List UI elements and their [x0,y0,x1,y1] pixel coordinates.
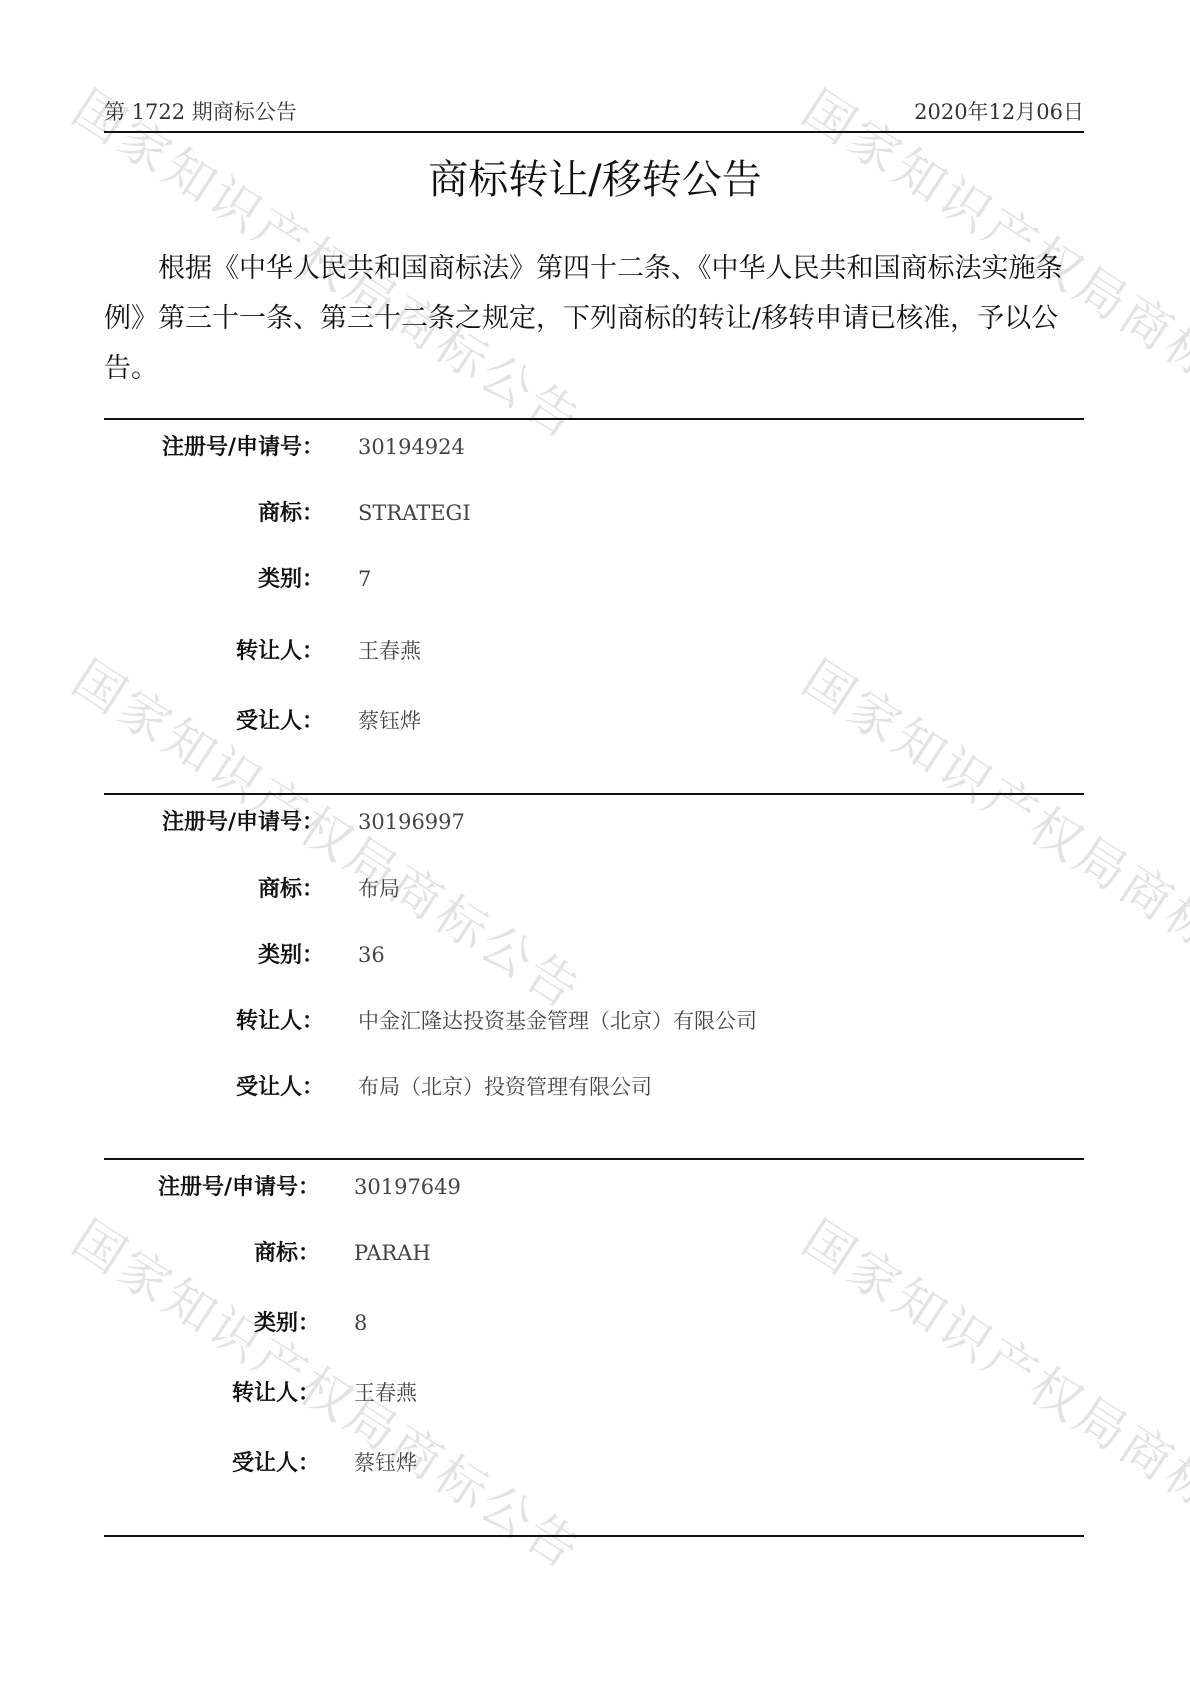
value-transferee: 蔡钰烨 [358,705,421,735]
watermark: 国家知识产权局商标公告 [791,640,1190,1024]
label-reg-no: 注册号/申请号： [104,430,324,461]
field-transferor: 转让人： 中金汇隆达投资基金管理（北京）有限公司 [104,1004,757,1035]
value-transferor: 王春燕 [354,1377,417,1407]
field-mark: 商标： STRATEGI [104,496,471,527]
value-mark: PARAH [354,1241,431,1265]
record-divider [104,793,1084,795]
value-transferee: 布局（北京）投资管理有限公司 [358,1071,652,1101]
field-mark: 商标： 布局 [104,872,400,903]
field-reg-no: 注册号/申请号： 30194924 [104,430,465,461]
field-class: 类别： 36 [104,938,385,969]
page-header: 第 1722 期商标公告 2020年12月06日 [104,96,1084,126]
record-divider [104,1158,1084,1160]
label-mark: 商标： [100,1236,320,1267]
field-transferor: 转让人： 王春燕 [104,634,421,665]
label-transferor: 转让人： [104,634,324,665]
value-reg-no: 30197649 [354,1175,461,1199]
record-divider [104,1535,1084,1537]
field-class: 类别： 8 [100,1306,367,1337]
label-transferor: 转让人： [100,1376,320,1407]
issue-date: 2020年12月06日 [914,96,1084,126]
value-class: 36 [358,943,385,967]
value-mark: STRATEGI [358,501,471,525]
field-transferee: 受让人： 蔡钰烨 [100,1446,417,1477]
label-transferee: 受让人： [104,704,324,735]
value-transferee: 蔡钰烨 [354,1447,417,1477]
field-mark: 商标： PARAH [100,1236,431,1267]
intro-paragraph: 根据《中华人民共和国商标法》第四十二条、《中华人民共和国商标法实施条例》第三十一… [104,244,1089,394]
value-transferor: 中金汇隆达投资基金管理（北京）有限公司 [358,1005,757,1035]
label-class: 类别： [100,1306,320,1337]
label-mark: 商标： [104,872,324,903]
value-transferor: 王春燕 [358,635,421,665]
record-divider [104,418,1084,420]
header-divider [104,131,1084,133]
value-class: 8 [354,1311,367,1335]
label-reg-no: 注册号/申请号： [104,805,324,836]
issue-number: 第 1722 期商标公告 [104,96,297,126]
label-reg-no: 注册号/申请号： [100,1170,320,1201]
value-mark: 布局 [358,873,400,903]
label-transferor: 转让人： [104,1004,324,1035]
field-transferee: 受让人： 蔡钰烨 [104,704,421,735]
label-transferee: 受让人： [104,1070,324,1101]
watermark: 国家知识产权局商标公告 [791,1200,1190,1584]
field-class: 类别： 7 [104,562,371,593]
field-transferee: 受让人： 布局（北京）投资管理有限公司 [104,1070,652,1101]
value-reg-no: 30196997 [358,810,465,834]
label-class: 类别： [104,938,324,969]
label-mark: 商标： [104,496,324,527]
field-transferor: 转让人： 王春燕 [100,1376,417,1407]
field-reg-no: 注册号/申请号： 30197649 [100,1170,461,1201]
value-reg-no: 30194924 [358,435,465,459]
value-class: 7 [358,567,371,591]
page-title: 商标转让/移转公告 [0,148,1190,205]
label-transferee: 受让人： [100,1446,320,1477]
field-reg-no: 注册号/申请号： 30196997 [104,805,465,836]
label-class: 类别： [104,562,324,593]
